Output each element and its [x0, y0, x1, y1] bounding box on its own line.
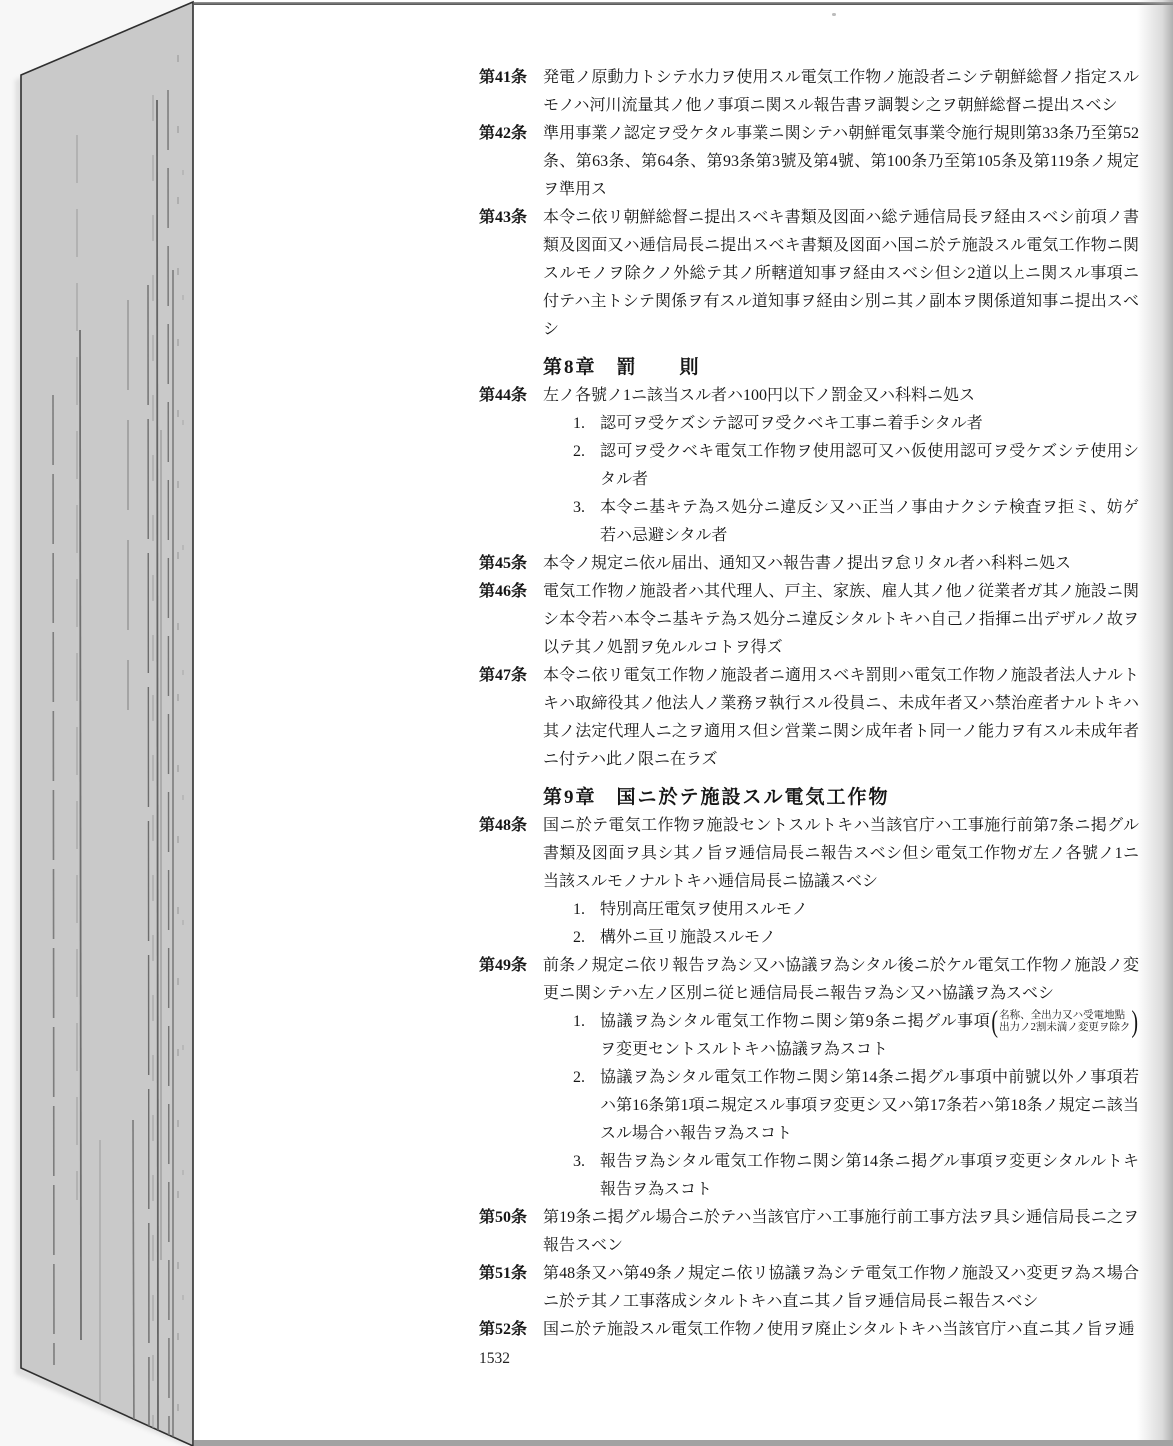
scanned-book-page: 第41条発電ノ原動力トシテ水力ヲ使用スル電気工作物ノ施設者ニシテ朝鮮総督ノ指定ス… [0, 0, 1173, 1446]
scan-speck [832, 13, 836, 16]
article-row: 第43条本令ニ依リ朝鮮総督ニ提出スベキ書類及図面ハ総テ逓信局長ヲ経由スベシ前項ノ… [479, 204, 1141, 344]
book-page-edges-panel [0, 0, 194, 1446]
article-row: 第48条国ニ於テ電気工作物ヲ施設セントスルトキハ当該官庁ハ工事施行前第7条ニ掲グ… [479, 812, 1141, 952]
article-number: 第41条 [479, 64, 543, 92]
parenthetical-line-2: 出力ノ2割未満ノ変更ヲ除ク [999, 1022, 1130, 1035]
numbered-item: 2.協議ヲ為シタル電気工作物ニ関シ第14条ニ掲グル事項中前號以外ノ事項若ハ第16… [543, 1064, 1139, 1148]
numbered-item: 3.報告ヲ為シタル電気工作物ニ関シ第14条ニ掲グル事項ヲ変更シタルルトキ報告ヲ為… [543, 1148, 1139, 1204]
article-row: 第50条第19条ニ掲グル場合ニ於テハ当該官庁ハ工事施行前工事方法ヲ具シ逓信局長ニ… [479, 1204, 1141, 1260]
article-text: 電気工作物ノ施設者ハ其代理人、戸主、家族、雇人其ノ他ノ従業者ガ其ノ施設ニ関シ本令… [543, 578, 1139, 662]
item-text-pre: 協議ヲ為シタル電気工作物ニ関シ第9条ニ掲グル事項 [600, 1013, 990, 1030]
item-text: 報告ヲ為シタル電気工作物ニ関シ第14条ニ掲グル事項ヲ変更シタルルトキ報告ヲ為スコ… [600, 1148, 1139, 1204]
numbered-item: 3.本令ニ基キテ為ス処分ニ違反シ又ハ正当ノ事由ナクシテ検査ヲ拒ミ、妨ゲ若ハ忌避シ… [543, 494, 1139, 550]
article-text: 国ニ於テ施設スル電気工作物ノ使用ヲ廃止シタルトキハ当該官庁ハ直ニ其ノ旨ヲ逓 [543, 1316, 1139, 1344]
item-text-post: ヲ変更セントスルトキハ協議ヲ為スコト [600, 1041, 888, 1058]
item-number: 3. [573, 1148, 600, 1176]
article-row: 第49条前条ノ規定ニ依リ報告ヲ為シ又ハ協議ヲ為シタル後ニ於ケル電気工作物ノ施設ノ… [479, 952, 1141, 1204]
article-row: 第52条国ニ於テ施設スル電気工作物ノ使用ヲ廃止シタルトキハ当該官庁ハ直ニ其ノ旨ヲ… [479, 1316, 1141, 1344]
article-text: 前条ノ規定ニ依リ報告ヲ為シ又ハ協議ヲ為シタル後ニ於ケル電気工作物ノ施設ノ変更ニ関… [543, 952, 1139, 1008]
article-text: 第48条又ハ第49条ノ規定ニ依リ協議ヲ為シテ電気工作物ノ施設又ハ変更ヲ為ス場合ニ… [543, 1260, 1139, 1316]
chapter-title: 国ニ於テ施設スル電気工作物 [617, 787, 890, 808]
book-edge-face [21, 2, 193, 1446]
numbered-item: 1.協議ヲ為シタル電気工作物ニ関シ第9条ニ掲グル事項(名称、全出力又ハ受電地點出… [543, 1008, 1139, 1064]
article-number: 第48条 [479, 812, 543, 840]
numbered-item: 1.特別高圧電気ヲ使用スルモノ [543, 896, 1139, 924]
item-number: 2. [573, 924, 600, 952]
article-body: 国ニ於テ電気工作物ヲ施設セントスルトキハ当該官庁ハ工事施行前第7条ニ掲グル書類及… [543, 812, 1139, 952]
article-row: 第47条本令ニ依リ電気工作物ノ施設者ニ適用スベキ罰則ハ電気工作物ノ施設者法人ナル… [479, 662, 1141, 774]
article-body: 前条ノ規定ニ依リ報告ヲ為シ又ハ協議ヲ為シタル後ニ於ケル電気工作物ノ施設ノ変更ニ関… [543, 952, 1139, 1204]
page-right-curl-shade [1137, 0, 1173, 1446]
article-body: 本令ノ規定ニ依ル届出、通知又ハ報告書ノ提出ヲ怠リタル者ハ科料ニ処ス [543, 550, 1139, 578]
item-number: 3. [573, 494, 600, 522]
numbered-item: 2.構外ニ亘リ施設スルモノ [543, 924, 1139, 952]
item-number: 2. [573, 1064, 600, 1092]
article-body: 発電ノ原動力トシテ水力ヲ使用スル電気工作物ノ施設者ニシテ朝鮮総督ノ指定スルモノハ… [543, 64, 1139, 120]
page-top-edge-line [194, 2, 1173, 5]
article-body: 電気工作物ノ施設者ハ其代理人、戸主、家族、雇人其ノ他ノ従業者ガ其ノ施設ニ関シ本令… [543, 578, 1139, 662]
article-text: 本令ノ規定ニ依ル届出、通知又ハ報告書ノ提出ヲ怠リタル者ハ科料ニ処ス [543, 550, 1139, 578]
article-text: 左ノ各號ノ1ニ該当スル者ハ100円以下ノ罰金又ハ科料ニ処ス [543, 382, 1139, 410]
item-text: 本令ニ基キテ為ス処分ニ違反シ又ハ正当ノ事由ナクシテ検査ヲ拒ミ、妨ゲ若ハ忌避シタル… [600, 494, 1139, 550]
article-row: 第46条電気工作物ノ施設者ハ其代理人、戸主、家族、雇人其ノ他ノ従業者ガ其ノ施設ニ… [479, 578, 1141, 662]
chapter-number: 第9章 [543, 787, 597, 808]
parenthetical-stack: 名称、全出力又ハ受電地點出力ノ2割未満ノ変更ヲ除ク [998, 1010, 1131, 1035]
numbered-item: 1.認可ヲ受ケズシテ認可ヲ受クベキ工事ニ着手シタル者 [543, 410, 1139, 438]
article-text: 本令ニ依リ朝鮮総督ニ提出スベキ書類及図面ハ総テ逓信局長ヲ経由スベシ前項ノ書類及図… [543, 204, 1139, 344]
chapter-number: 第8章 [543, 357, 597, 378]
item-text: 認可ヲ受ケズシテ認可ヲ受クベキ工事ニ着手シタル者 [600, 410, 1139, 438]
article-body: 本令ニ依リ電気工作物ノ施設者ニ適用スベキ罰則ハ電気工作物ノ施設者法人ナルトキハ取… [543, 662, 1139, 774]
open-paren: ( [991, 1007, 998, 1038]
article-number: 第52条 [479, 1316, 543, 1344]
chapter-heading: 第9章国ニ於テ施設スル電気工作物 [543, 784, 1141, 812]
article-row: 第41条発電ノ原動力トシテ水力ヲ使用スル電気工作物ノ施設者ニシテ朝鮮総督ノ指定ス… [479, 64, 1141, 120]
article-text: 発電ノ原動力トシテ水力ヲ使用スル電気工作物ノ施設者ニシテ朝鮮総督ノ指定スルモノハ… [543, 64, 1139, 120]
item-number: 1. [573, 410, 600, 438]
article-number: 第49条 [479, 952, 543, 980]
article-number: 第46条 [479, 578, 543, 606]
item-text: 協議ヲ為シタル電気工作物ニ関シ第9条ニ掲グル事項(名称、全出力又ハ受電地點出力ノ… [600, 1008, 1139, 1064]
article-number: 第45条 [479, 550, 543, 578]
item-text: 協議ヲ為シタル電気工作物ニ関シ第14条ニ掲グル事項中前號以外ノ事項若ハ第16条第… [600, 1064, 1139, 1148]
item-text: 特別高圧電気ヲ使用スルモノ [600, 896, 1139, 924]
page-number: 1532 [479, 1350, 510, 1368]
article-number: 第43条 [479, 204, 543, 232]
item-text: 認可ヲ受クベキ電気工作物ヲ使用認可又ハ仮使用認可ヲ受ケズシテ使用シタル者 [600, 438, 1139, 494]
article-text: 国ニ於テ電気工作物ヲ施設セントスルトキハ当該官庁ハ工事施行前第7条ニ掲グル書類及… [543, 812, 1139, 896]
article-number: 第44条 [479, 382, 543, 410]
article-body: 準用事業ノ認定ヲ受ケタル事業ニ関シテハ朝鮮電気事業令施行規則第33条乃至第52条… [543, 120, 1139, 204]
item-number: 1. [573, 896, 600, 924]
article-text: 第19条ニ掲グル場合ニ於テハ当該官庁ハ工事施行前工事方法ヲ具シ逓信局長ニ之ヲ報告… [543, 1204, 1139, 1260]
article-body: 国ニ於テ施設スル電気工作物ノ使用ヲ廃止シタルトキハ当該官庁ハ直ニ其ノ旨ヲ逓 [543, 1316, 1139, 1344]
article-number: 第42条 [479, 120, 543, 148]
article-number: 第50条 [479, 1204, 543, 1232]
article-body: 本令ニ依リ朝鮮総督ニ提出スベキ書類及図面ハ総テ逓信局長ヲ経由スベシ前項ノ書類及図… [543, 204, 1139, 344]
item-text: 構外ニ亘リ施設スルモノ [600, 924, 1139, 952]
article-number: 第47条 [479, 662, 543, 690]
chapter-title: 罰 則 [617, 357, 701, 378]
article-row: 第42条準用事業ノ認定ヲ受ケタル事業ニ関シテハ朝鮮電気事業令施行規則第33条乃至… [479, 120, 1141, 204]
item-number: 1. [573, 1008, 600, 1036]
inline-parenthetical: (名称、全出力又ハ受電地點出力ノ2割未満ノ変更ヲ除ク) [991, 1009, 1138, 1036]
item-number: 2. [573, 438, 600, 466]
chapter-heading: 第8章罰 則 [543, 354, 1141, 382]
article-row: 第51条第48条又ハ第49条ノ規定ニ依リ協議ヲ為シテ電気工作物ノ施設又ハ変更ヲ為… [479, 1260, 1141, 1316]
article-body: 左ノ各號ノ1ニ該当スル者ハ100円以下ノ罰金又ハ科料ニ処ス1.認可ヲ受ケズシテ認… [543, 382, 1139, 550]
article-text: 本令ニ依リ電気工作物ノ施設者ニ適用スベキ罰則ハ電気工作物ノ施設者法人ナルトキハ取… [543, 662, 1139, 774]
article-body: 第48条又ハ第49条ノ規定ニ依リ協議ヲ為シテ電気工作物ノ施設又ハ変更ヲ為ス場合ニ… [543, 1260, 1139, 1316]
numbered-item: 2.認可ヲ受クベキ電気工作物ヲ使用認可又ハ仮使用認可ヲ受ケズシテ使用シタル者 [543, 438, 1139, 494]
page-bottom-edge-line [194, 1440, 1173, 1446]
document-page: 第41条発電ノ原動力トシテ水力ヲ使用スル電気工作物ノ施設者ニシテ朝鮮総督ノ指定ス… [194, 0, 1173, 1446]
article-row: 第45条本令ノ規定ニ依ル届出、通知又ハ報告書ノ提出ヲ怠リタル者ハ科料ニ処ス [479, 550, 1141, 578]
page-content: 第41条発電ノ原動力トシテ水力ヲ使用スル電気工作物ノ施設者ニシテ朝鮮総督ノ指定ス… [479, 64, 1141, 1344]
parenthetical-line-1: 名称、全出力又ハ受電地點 [999, 1010, 1130, 1023]
article-text: 準用事業ノ認定ヲ受ケタル事業ニ関シテハ朝鮮電気事業令施行規則第33条乃至第52条… [543, 120, 1139, 204]
article-body: 第19条ニ掲グル場合ニ於テハ当該官庁ハ工事施行前工事方法ヲ具シ逓信局長ニ之ヲ報告… [543, 1204, 1139, 1260]
article-row: 第44条左ノ各號ノ1ニ該当スル者ハ100円以下ノ罰金又ハ科料ニ処ス1.認可ヲ受ケ… [479, 382, 1141, 550]
close-paren: ) [1131, 1007, 1138, 1038]
article-number: 第51条 [479, 1260, 543, 1288]
